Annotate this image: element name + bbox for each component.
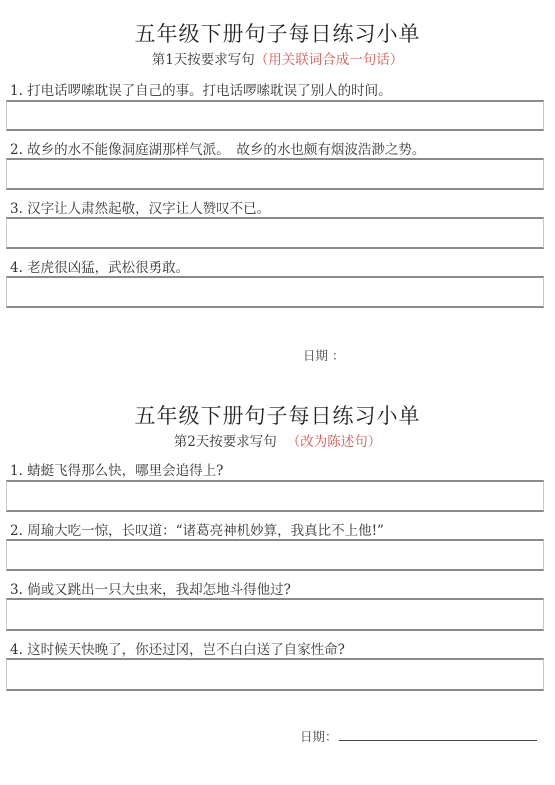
date-input-line[interactable] — [339, 740, 537, 741]
answer-box-3[interactable] — [6, 598, 544, 631]
question-2: 2. 周瑜大吃一惊，长叹道：“诸葛亮神机妙算，我真比不上他!” — [10, 519, 384, 539]
instruction-hint: （改为陈述句） — [287, 434, 382, 450]
sheet-title: 五年级下册句子每日练习小单 — [0, 18, 555, 48]
question-1: 1. 蜻蜓飞得那么快，哪里会追得上? — [10, 459, 223, 479]
answer-box-1[interactable] — [6, 100, 544, 131]
sheet-title: 五年级下册句子每日练习小单 — [0, 400, 555, 430]
question-4: 4. 这时候天快晚了，你还过冈，岂不白白送了自家性命? — [10, 638, 345, 658]
question-3: 3. 倘或又跳出一只大虫来，我却怎地斗得他过? — [10, 578, 291, 598]
sheet-subtitle: 第1天按要求写句（用关联词合成一句话） — [0, 48, 555, 68]
date-label: 日期： — [300, 727, 338, 745]
question-1: 1. 打电话啰嗦耽误了自己的事。打电话啰嗦耽误了别人的时间。 — [10, 79, 392, 99]
answer-box-1[interactable] — [6, 480, 544, 512]
question-3: 3. 汉字让人肃然起敬，汉字让人赞叹不已。 — [10, 197, 270, 217]
answer-box-4[interactable] — [6, 658, 544, 691]
question-4: 4. 老虎很凶猛，武松很勇敢。 — [10, 256, 189, 276]
instruction-hint: （用关联词合成一句话） — [255, 52, 404, 68]
question-2: 2. 故乡的水不能像洞庭湖那样气派。 故乡的水也颇有烟波浩渺之势。 — [10, 138, 425, 158]
sheet-subtitle: 第2天按要求写句（改为陈述句） — [0, 430, 555, 450]
answer-box-2[interactable] — [6, 158, 544, 190]
date-label: 日期 ： — [303, 346, 344, 364]
subtitle-text: 第2天按要求写句 — [174, 434, 277, 450]
answer-box-4[interactable] — [6, 276, 544, 308]
subtitle-text: 第1天按要求写句 — [152, 52, 255, 68]
answer-box-3[interactable] — [6, 217, 544, 249]
answer-box-2[interactable] — [6, 539, 544, 571]
